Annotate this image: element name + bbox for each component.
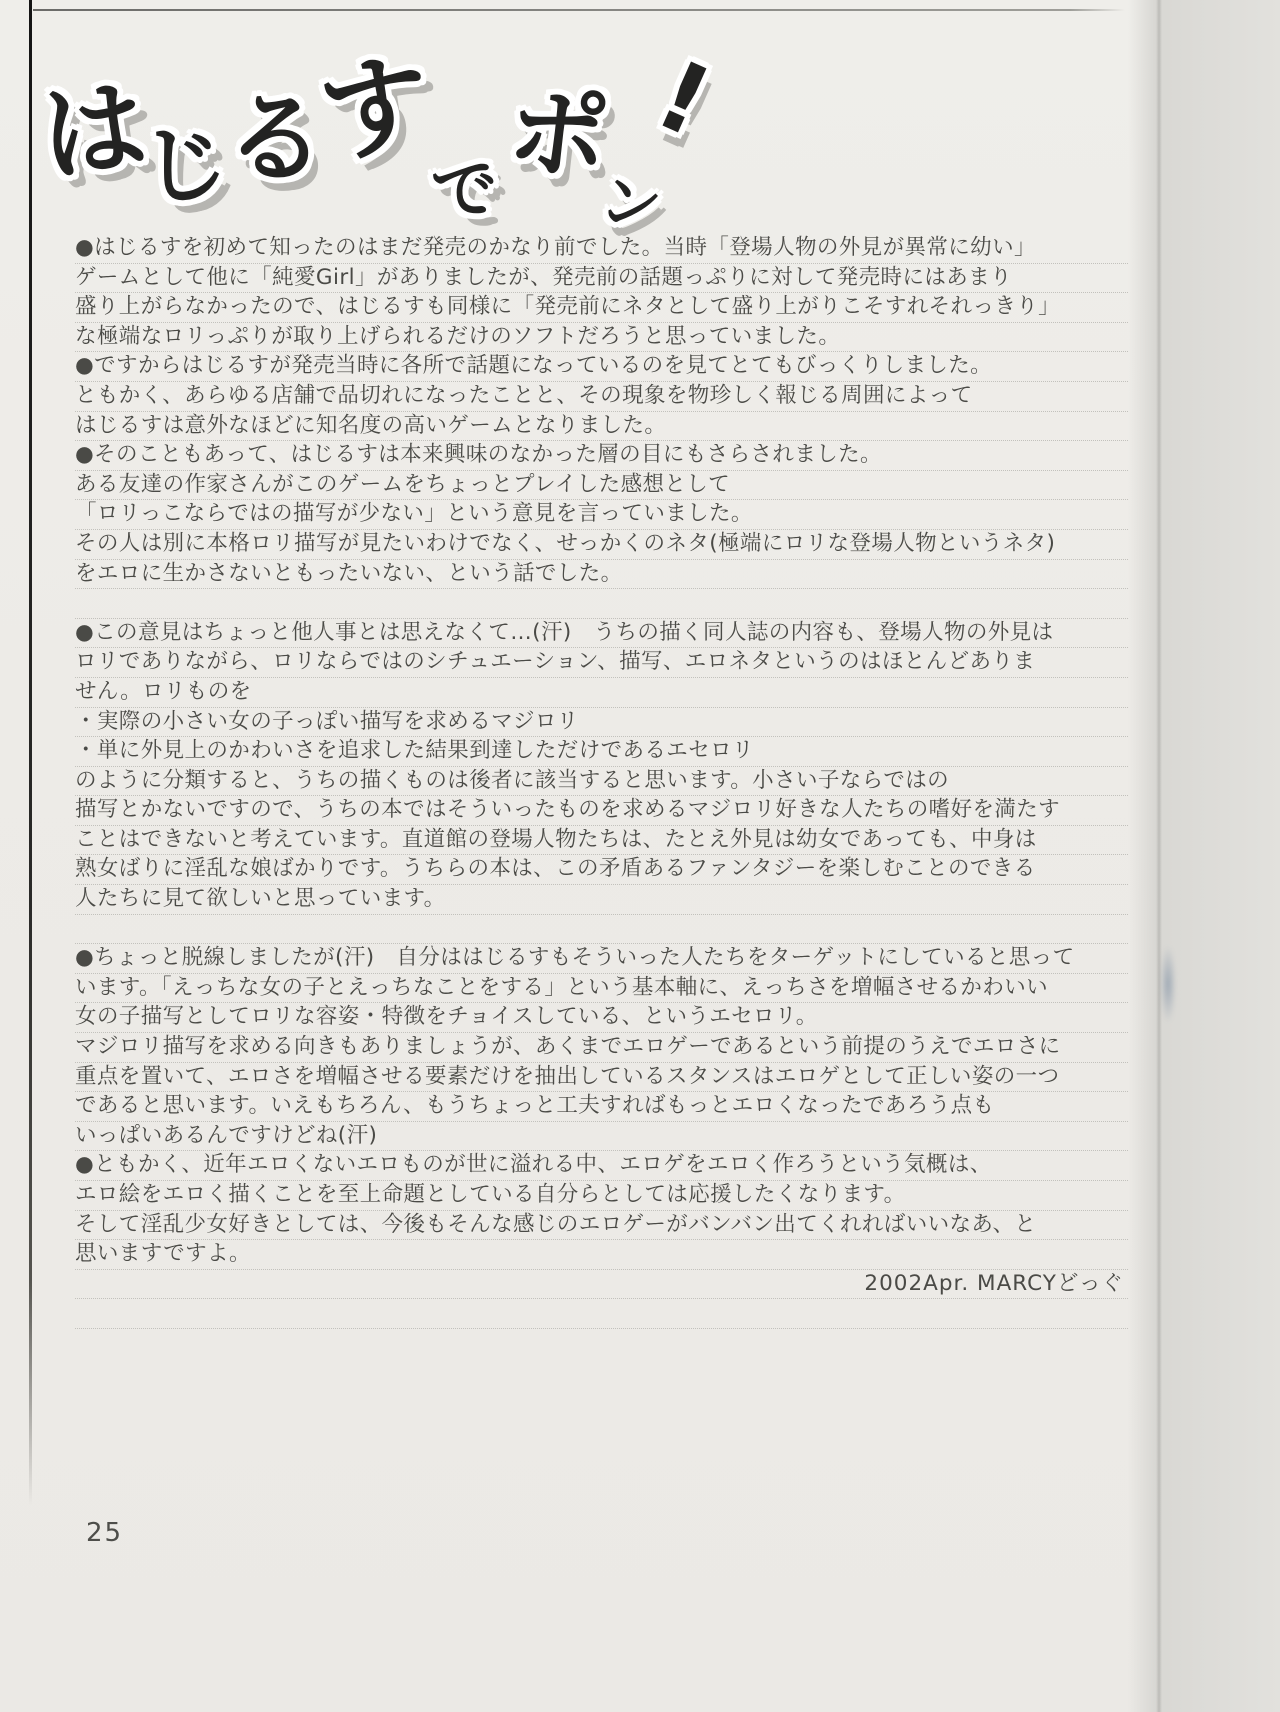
text-line: その人は別に本格ロリ描写が見たいわけでなく、せっかくのネタ(極端にロリな登場人物… bbox=[75, 530, 1128, 560]
title-char: ン bbox=[594, 169, 665, 240]
text-line: ●この意見はちょっと他人事とは思えなくて…(汗) うちの描く同人誌の内容も、登場… bbox=[75, 619, 1128, 649]
text-line: 女の子描写としてロリな容姿・特徴をチョイスしている、というエセロリ。 bbox=[75, 1003, 1128, 1033]
text-line: ある友達の作家さんがこのゲームをちょっとプレイした感想として bbox=[75, 471, 1128, 501]
text-line: せん。ロリものを bbox=[75, 678, 1128, 708]
text-line: 熟女ばりに淫乱な娘ばかりです。うちらの本は、この矛盾あるファンタジーを楽しむこと… bbox=[75, 855, 1128, 885]
text-line: ●そのこともあって、はじるすは本来興味のなかった層の目にもさらされました。 bbox=[75, 441, 1128, 471]
text-line: マジロリ描写を求める向きもありましょうが、あくまでエロゲーであるという前提のうえ… bbox=[75, 1033, 1128, 1063]
title-char: ! bbox=[644, 46, 719, 150]
scanned-page: はじるすでポン! ●はじるすを初めて知ったのはまだ発売のかなり前でした。当時「登… bbox=[0, 0, 1280, 1712]
text-line: ・実際の小さい女の子っぽい描写を求めるマジロリ bbox=[75, 708, 1128, 738]
text-line: ロリでありながら、ロリならではのシチュエーション、描写、エロネタというのはほとん… bbox=[75, 648, 1128, 678]
text-line: な極端なロリっぷりが取り上げられるだけのソフトだろうと思っていました。 bbox=[75, 323, 1128, 353]
page-crease bbox=[1156, 0, 1162, 1712]
text-line: いっぱいあるんですけどね(汗) bbox=[75, 1122, 1128, 1152]
text-line: 重点を置いて、エロさを増幅させる要素だけを抽出しているスタンスはエロゲとして正し… bbox=[75, 1063, 1128, 1093]
title-char: じ bbox=[140, 121, 230, 211]
text-line: います。「えっちな女の子とえっちなことをする」という基本軸に、えっちさを増幅させ… bbox=[75, 974, 1128, 1004]
text-line bbox=[75, 1299, 1128, 1329]
text-line: 「ロリっこならではの描写が少ない」という意見を言っていました。 bbox=[75, 500, 1128, 530]
text-line bbox=[75, 589, 1128, 619]
text-line: ゲームとして他に「純愛Girl」がありましたが、発売前の話題っぷりに対して発売時… bbox=[75, 264, 1128, 294]
title-char: ポ bbox=[502, 79, 613, 190]
text-line: のように分類すると、うちの描くものは後者に該当すると思います。小さい子ならではの bbox=[75, 767, 1128, 797]
text-line: 描写とかないですので、うちの本ではそういったものを求めるマジロリ好きな人たちの嗜… bbox=[75, 796, 1128, 826]
text-line: はじるすは意外なほどに知名度の高いゲームとなりました。 bbox=[75, 412, 1128, 442]
text-line: ・単に外見上のかわいさを追求した結果到達しただけであるエセロリ bbox=[75, 737, 1128, 767]
text-line: ●ともかく、近年エロくないエロものが世に溢れる中、エロゲをエロく作ろうという気概… bbox=[75, 1151, 1128, 1181]
scan-smudge bbox=[1160, 945, 1176, 1023]
title-char: す bbox=[313, 47, 437, 171]
text-line: であると思います。いえもちろん、もうちょっと工夫すればもっとエロくなったであろう… bbox=[75, 1092, 1128, 1122]
text-line: エロ絵をエロく描くことを至上命題としている自分らとしては応援したくなります。 bbox=[75, 1181, 1128, 1211]
text-line: 盛り上がらなかったので、はじるすも同様に「発売前にネタとして盛り上がりこそすれそ… bbox=[75, 293, 1128, 323]
text-line: ●ちょっと脱線しましたが(汗) 自分ははじるすもそういった人たちをターゲットにし… bbox=[75, 944, 1128, 974]
text-line: をエロに生かさないともったいない、という話でした。 bbox=[75, 560, 1128, 590]
text-line bbox=[75, 915, 1128, 945]
scan-edge-top bbox=[33, 9, 1125, 11]
title-char: で bbox=[429, 155, 501, 227]
text-line: ことはできないと考えています。直道館の登場人物たちは、たとえ外見は幼女であっても… bbox=[75, 826, 1128, 856]
text-line: ともかく、あらゆる店舗で品切れになったことと、その現象を物珍しく報じる周囲によっ… bbox=[75, 382, 1128, 412]
page-number: 25 bbox=[86, 1518, 123, 1548]
title-char: る bbox=[222, 85, 330, 193]
page-title: はじるすでポン! bbox=[42, 40, 602, 230]
text-line: ●ですからはじるすが発売当時に各所で話題になっているのを見てとてもびっくりしまし… bbox=[75, 352, 1128, 382]
text-line: 人たちに見て欲しいと思っています。 bbox=[75, 885, 1128, 915]
scan-edge-left bbox=[29, 0, 32, 1505]
text-line: 思いますですよ。 bbox=[75, 1240, 1128, 1270]
page-edge-shadow-right bbox=[1128, 0, 1280, 1712]
afterword-text: ●はじるすを初めて知ったのはまだ発売のかなり前でした。当時「登場人物の外見が異常… bbox=[75, 234, 1128, 1329]
text-line: そして淫乱少女好きとしては、今後もそんな感じのエロゲーがバンバン出てくれればいい… bbox=[75, 1211, 1128, 1241]
text-line: 2002Apr. MARCYどっぐ bbox=[75, 1270, 1128, 1300]
title-char: は bbox=[37, 74, 151, 188]
text-line: ●はじるすを初めて知ったのはまだ発売のかなり前でした。当時「登場人物の外見が異常… bbox=[75, 234, 1128, 264]
